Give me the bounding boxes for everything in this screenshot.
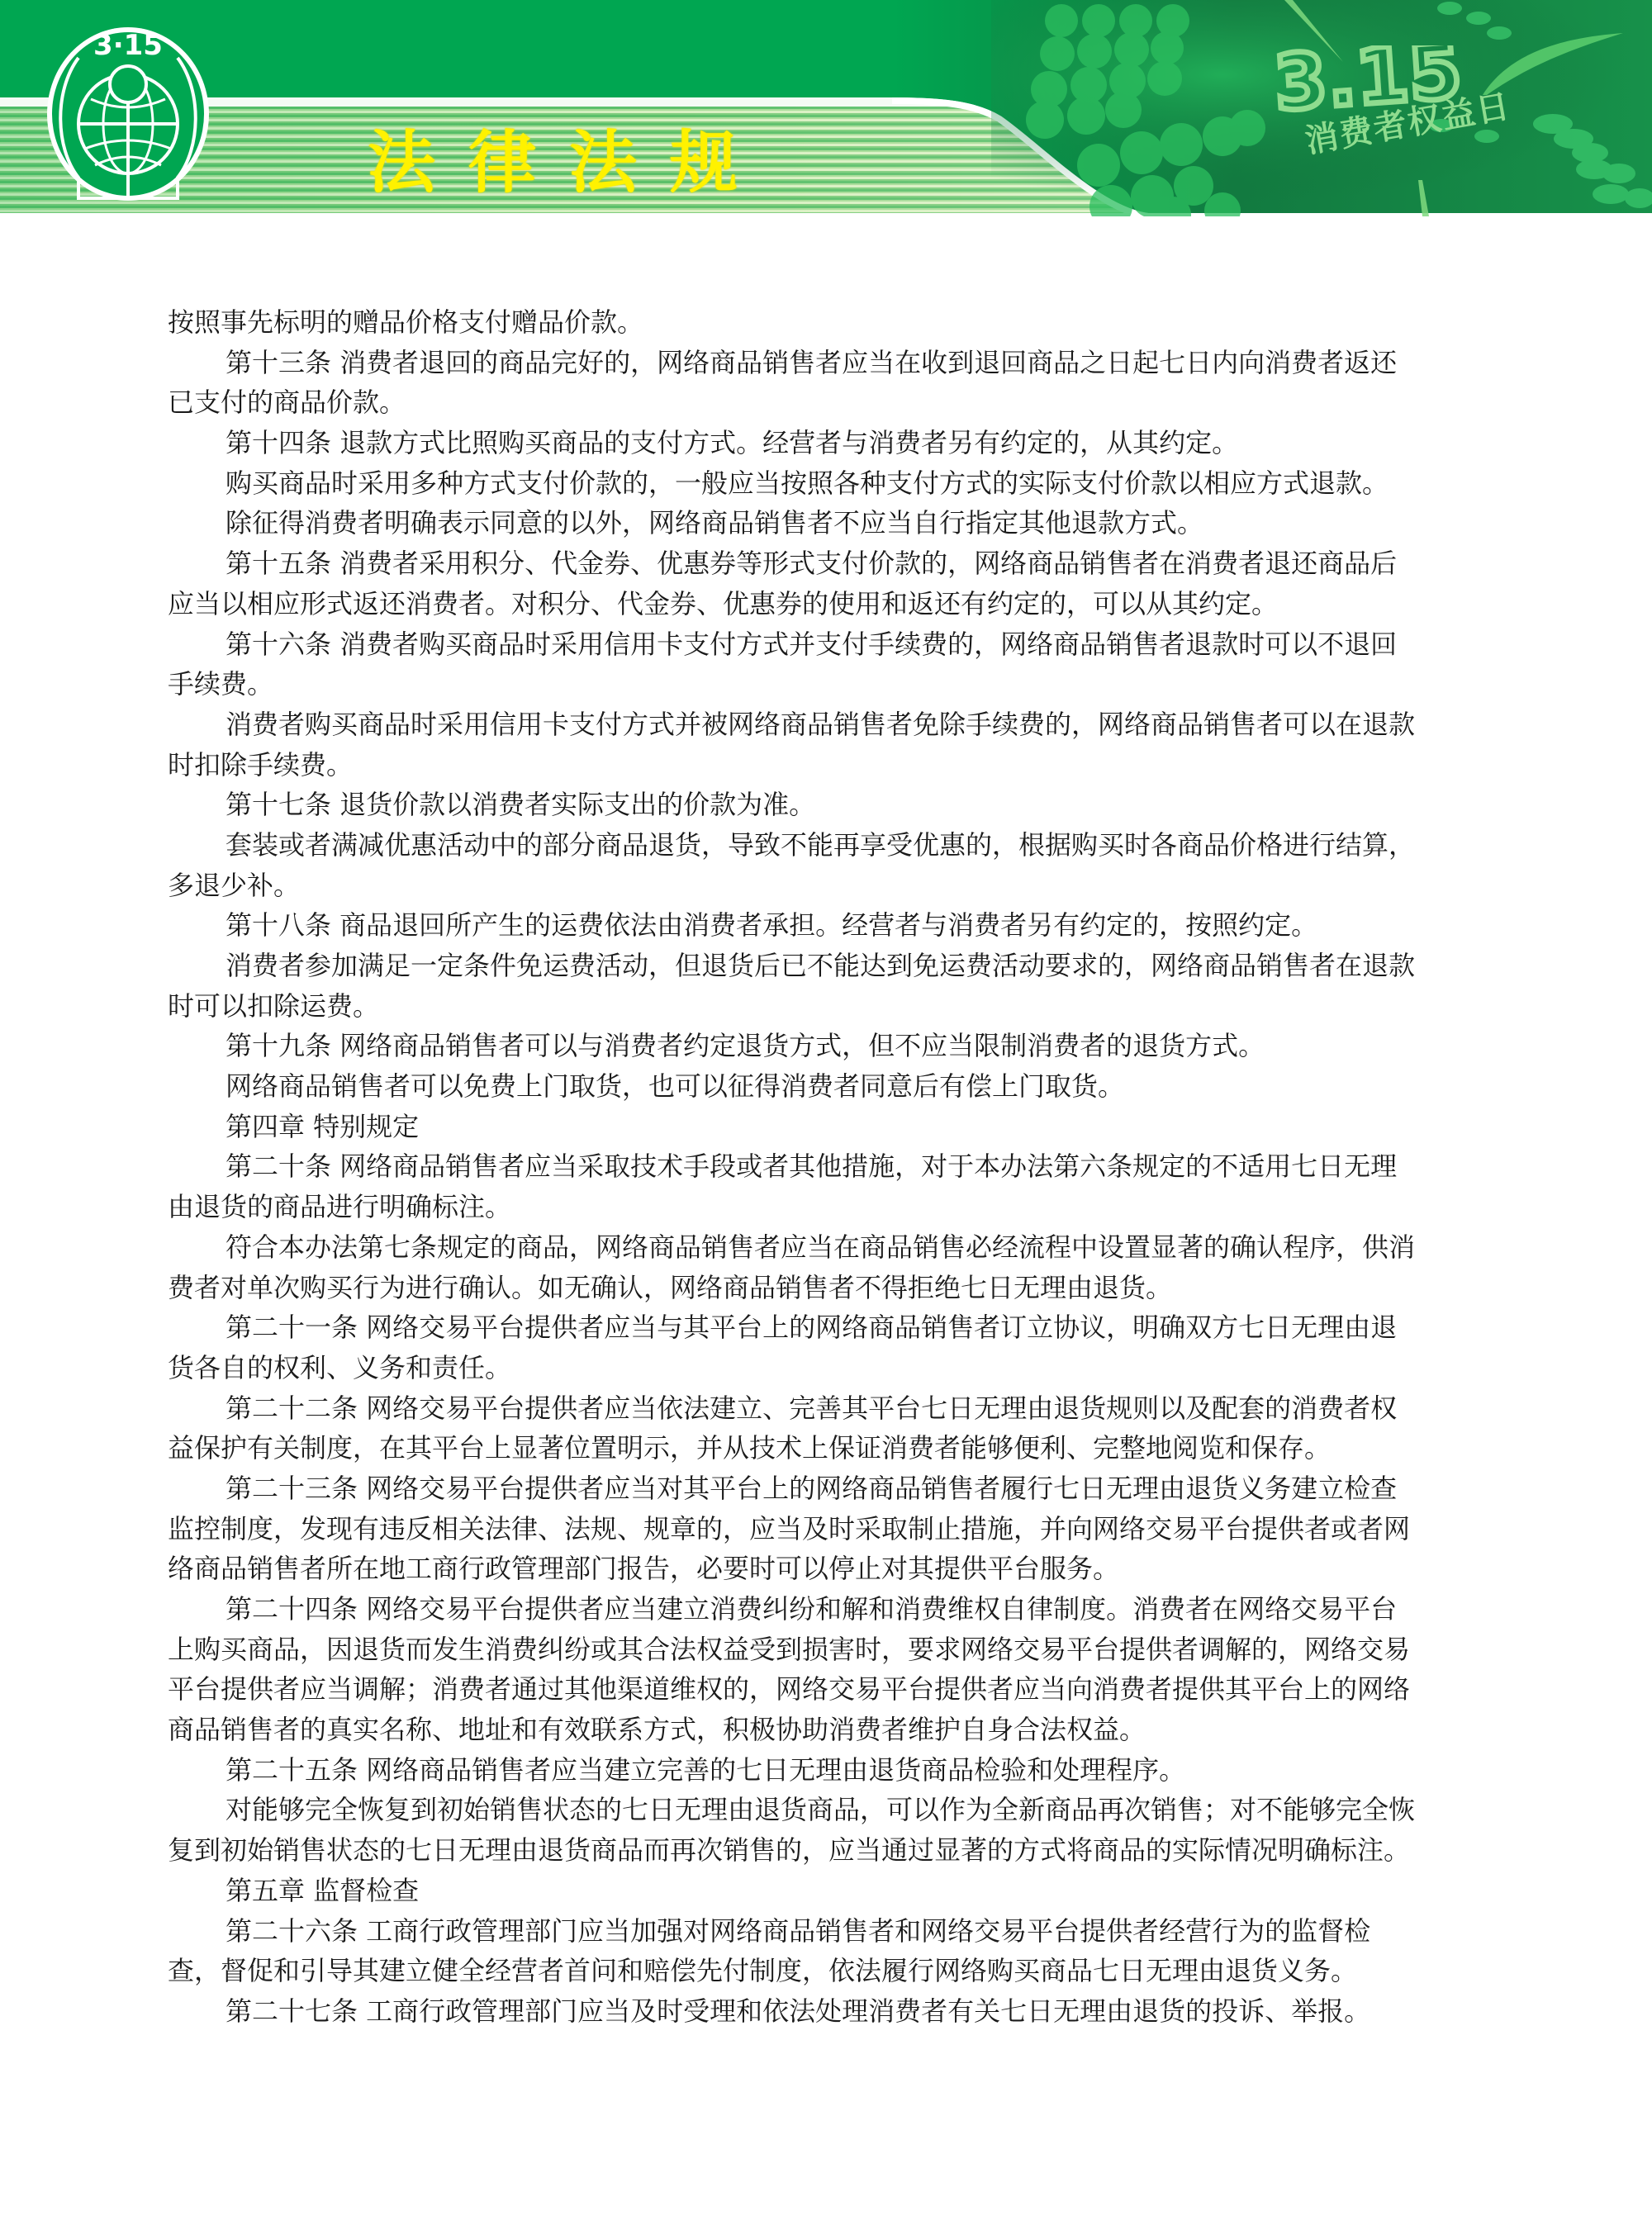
svg-text:3·15: 3·15 [93,29,163,62]
text-line: 第二十五条 网络商品销售者应当建立完善的七日无理由退货商品检验和处理程序。 [168,1750,1506,1791]
text-line: 第二十四条 网络交易平台提供者应当建立消费纠纷和解和消费维权自律制度。消费者在网… [168,1589,1506,1630]
text-line: 符合本办法第七条规定的商品，网络商品销售者应当在商品销售必经流程中设置显著的确认… [168,1227,1506,1268]
text-line: 时扣除手续费。 [168,745,1506,785]
paragraph: 第二十四条 网络交易平台提供者应当建立消费纠纷和解和消费维权自律制度。消费者在网… [168,1589,1506,1750]
paragraph: 第二十条 网络商品销售者应当采取技术手段或者其他措施，对于本办法第六条规定的不适… [168,1146,1506,1226]
text-line: 第二十六条 工商行政管理部门应当加强对网络商品销售者和网络交易平台提供者经营行为… [168,1911,1506,1952]
text-line: 除征得消费者明确表示同意的以外，网络商品销售者不应当自行指定其他退款方式。 [168,503,1506,543]
text-line: 第十六条 消费者购买商品时采用信用卡支付方式并支付手续费的，网络商品销售者退款时… [168,624,1506,665]
page-header-banner: 3·15 法律法规 3.15 消费者权益日 [0,0,1652,216]
text-line: 第十三条 消费者退回的商品完好的，网络商品销售者应当在收到退回商品之日起七日内向… [168,343,1506,383]
paragraph: 套装或者满减优惠活动中的部分商品退货，导致不能再享受优惠的，根据购买时各商品价格… [168,825,1506,905]
paragraph: 第二十七条 工商行政管理部门应当及时受理和依法处理消费者有关七日无理由退货的投诉… [168,1991,1506,2032]
paragraph: 网络商品销售者可以免费上门取货，也可以征得消费者同意后有偿上门取货。 [168,1066,1506,1107]
paragraph: 符合本办法第七条规定的商品，网络商品销售者应当在商品销售必经流程中设置显著的确认… [168,1227,1506,1307]
text-line: 消费者购买商品时采用信用卡支付方式并被网络商品销售者免除手续费的，网络商品销售者… [168,705,1506,745]
consumer-association-logo-icon: 3·15 [45,25,211,202]
text-line: 第二十条 网络商品销售者应当采取技术手段或者其他措施，对于本办法第六条规定的不适… [168,1146,1506,1187]
text-line: 益保护有关制度，在其平台上显著位置明示，并从技术上保证消费者能够便利、完整地阅览… [168,1428,1506,1468]
text-line: 多退少补。 [168,866,1506,906]
paragraph: 第二十一条 网络交易平台提供者应当与其平台上的网络商品销售者订立协议，明确双方七… [168,1307,1506,1388]
text-line: 费者对单次购买行为进行确认。如无确认，网络商品销售者不得拒绝七日无理由退货。 [168,1268,1506,1308]
paragraph: 第二十六条 工商行政管理部门应当加强对网络商品销售者和网络交易平台提供者经营行为… [168,1911,1506,1991]
text-line: 手续费。 [168,664,1506,705]
paragraph: 第十三条 消费者退回的商品完好的，网络商品销售者应当在收到退回商品之日起七日内向… [168,343,1506,423]
text-line: 购买商品时采用多种方式支付价款的，一般应当按照各种支付方式的实际支付价款以相应方… [168,463,1506,504]
text-line: 应当以相应形式返还消费者。对积分、代金券、优惠券的使用和返还有约定的，可以从其约… [168,584,1506,624]
text-line: 第二十七条 工商行政管理部门应当及时受理和依法处理消费者有关七日无理由退货的投诉… [168,1991,1506,2032]
text-line: 第二十一条 网络交易平台提供者应当与其平台上的网络商品销售者订立协议，明确双方七… [168,1307,1506,1348]
paragraph: 第十四条 退款方式比照购买商品的支付方式。经营者与消费者另有约定的，从其约定。 [168,423,1506,463]
paragraph: 第二十五条 网络商品销售者应当建立完善的七日无理由退货商品检验和处理程序。 [168,1750,1506,1791]
text-line: 第十五条 消费者采用积分、代金券、优惠券等形式支付价款的，网络商品销售者在消费者… [168,543,1506,584]
text-line: 已支付的商品价款。 [168,382,1506,423]
paragraph: 第十九条 网络商品销售者可以与消费者约定退货方式，但不应当限制消费者的退货方式。 [168,1026,1506,1066]
paragraph: 消费者购买商品时采用信用卡支付方式并被网络商品销售者免除手续费的，网络商品销售者… [168,705,1506,785]
text-line: 时可以扣除运费。 [168,986,1506,1027]
text-line: 查，督促和引导其建立健全经营者首问和赔偿先付制度，依法履行网络购买商品七日无理由… [168,1951,1506,1991]
paragraph: 除征得消费者明确表示同意的以外，网络商品销售者不应当自行指定其他退款方式。 [168,503,1506,543]
text-line: 由退货的商品进行明确标注。 [168,1187,1506,1227]
text-line: 第五章 监督检查 [168,1871,1506,1911]
text-line: 对能够完全恢复到初始销售状态的七日无理由退货商品，可以作为全新商品再次销售；对不… [168,1790,1506,1830]
text-line: 套装或者满减优惠活动中的部分商品退货，导致不能再享受优惠的，根据购买时各商品价格… [168,825,1506,866]
text-line: 网络商品销售者可以免费上门取货，也可以征得消费者同意后有偿上门取货。 [168,1066,1506,1107]
paragraph: 第十六条 消费者购买商品时采用信用卡支付方式并支付手续费的，网络商品销售者退款时… [168,624,1506,705]
paragraph: 消费者参加满足一定条件免运费活动，但退货后已不能达到免运费活动要求的，网络商品销… [168,946,1506,1026]
paragraph: 第二十二条 网络交易平台提供者应当依法建立、完善其平台七日无理由退货规则以及配套… [168,1388,1506,1468]
text-line: 第十七条 退货价款以消费者实际支出的价款为准。 [168,785,1506,825]
text-line: 第四章 特别规定 [168,1107,1506,1147]
chapter-heading: 第四章 特别规定 [168,1107,1506,1147]
text-line: 消费者参加满足一定条件免运费活动，但退货后已不能达到免运费活动要求的，网络商品销… [168,946,1506,986]
paragraph: 第十七条 退货价款以消费者实际支出的价款为准。 [168,785,1506,825]
paragraph: 按照事先标明的赠品价格支付赠品价款。 [168,302,1506,343]
text-line: 第二十三条 网络交易平台提供者应当对其平台上的网络商品销售者履行七日无理由退货义… [168,1468,1506,1509]
text-line: 第二十二条 网络交易平台提供者应当依法建立、完善其平台七日无理由退货规则以及配套… [168,1388,1506,1429]
text-line: 复到初始销售状态的七日无理由退货商品而再次销售的，应当通过显著的方式将商品的实际… [168,1830,1506,1871]
regulation-text-body: 按照事先标明的赠品价格支付赠品价款。第十三条 消费者退回的商品完好的，网络商品销… [168,302,1506,2032]
paragraph: 对能够完全恢复到初始销售状态的七日无理由退货商品，可以作为全新商品再次销售；对不… [168,1790,1506,1870]
chapter-heading: 第五章 监督检查 [168,1871,1506,1911]
text-line: 监控制度，发现有违反相关法律、法规、规章的，应当及时采取制止措施，并向网络交易平… [168,1509,1506,1549]
paragraph: 第二十三条 网络交易平台提供者应当对其平台上的网络商品销售者履行七日无理由退货义… [168,1468,1506,1589]
paragraph: 第十八条 商品退回所产生的运费依法由消费者承担。经营者与消费者另有约定的，按照约… [168,905,1506,946]
text-line: 上购买商品，因退货而发生消费纠纷或其合法权益受到损害时，要求网络交易平台提供者调… [168,1630,1506,1670]
text-line: 第十八条 商品退回所产生的运费依法由消费者承担。经营者与消费者另有约定的，按照约… [168,905,1506,946]
text-line: 络商品销售者所在地工商行政管理部门报告，必要时可以停止对其提供平台服务。 [168,1549,1506,1589]
text-line: 第十四条 退款方式比照购买商品的支付方式。经营者与消费者另有约定的，从其约定。 [168,423,1506,463]
paragraph: 购买商品时采用多种方式支付价款的，一般应当按照各种支付方式的实际支付价款以相应方… [168,463,1506,504]
section-title: 法律法规 [368,122,771,205]
text-line: 平台提供者应当调解；消费者通过其他渠道维权的，网络交易平台提供者应当向消费者提供… [168,1669,1506,1710]
text-line: 第十九条 网络商品销售者可以与消费者约定退货方式，但不应当限制消费者的退货方式。 [168,1026,1506,1066]
paragraph: 第十五条 消费者采用积分、代金券、优惠券等形式支付价款的，网络商品销售者在消费者… [168,543,1506,624]
text-line: 商品销售者的真实名称、地址和有效联系方式，积极协助消费者维护自身合法权益。 [168,1710,1506,1750]
text-line: 按照事先标明的赠品价格支付赠品价款。 [168,302,1506,343]
text-line: 货各自的权利、义务和责任。 [168,1348,1506,1388]
